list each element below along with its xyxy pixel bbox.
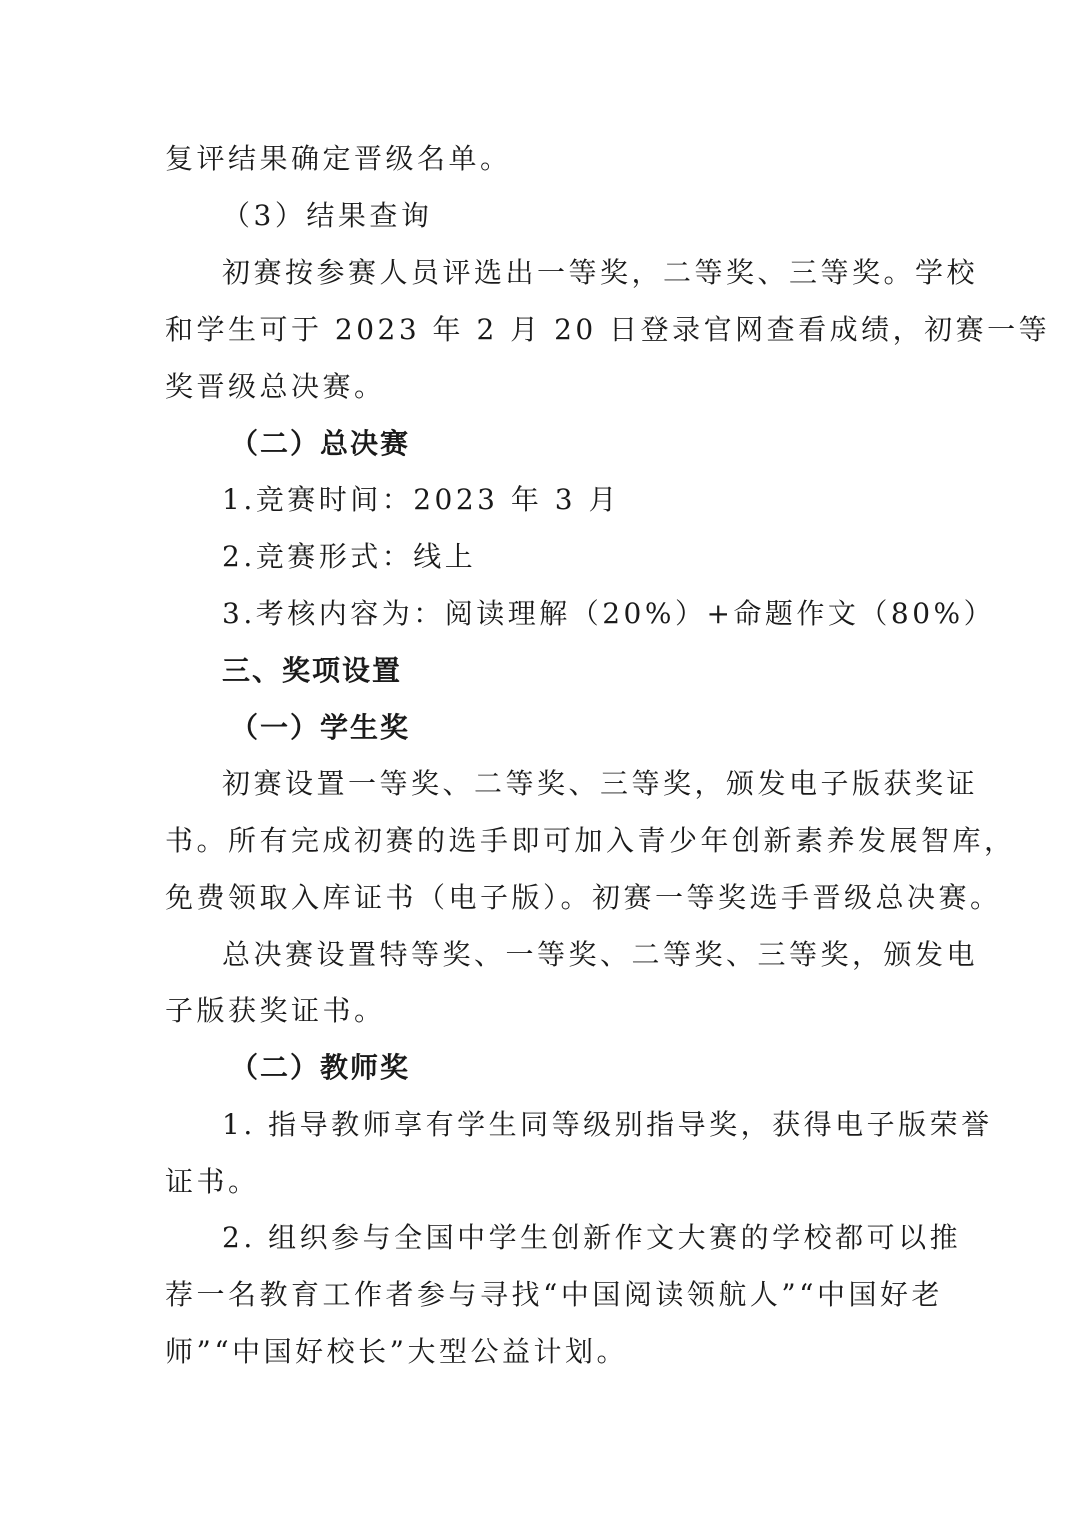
list-item-assessment-content: 3.考核内容为：阅读理解（20%）+命题作文（80%） [222,594,982,634]
section-heading-student-awards: （一）学生奖 [230,708,990,748]
paragraph-teacher-award-1: 1. 指导教师享有学生同等级别指导奖，获得电子版荣誉 [222,1105,982,1145]
paragraph-finals-award-settings: 总决赛设置特等奖、一等奖、二等奖、三等奖，颁发电 [222,935,982,975]
paragraph-continuation: 奖晋级总决赛。 [165,367,925,407]
paragraph-continuation: 复评结果确定晋级名单。 [165,139,925,179]
paragraph-continuation: 书。所有完成初赛的选手即可加入青少年创新素养发展智库， [165,821,925,861]
paragraph-prelim-award-settings: 初赛设置一等奖、二等奖、三等奖，颁发电子版获奖证 [222,764,982,804]
section-heading-finals: （二）总决赛 [230,424,990,464]
list-item-competition-format: 2.竞赛形式：线上 [222,537,982,577]
paragraph-continuation: 师”“中国好校长”大型公益计划。 [165,1332,925,1372]
section-heading-awards: 三、奖项设置 [222,651,982,691]
list-item-competition-time: 1.竞赛时间：2023 年 3 月 [222,480,982,520]
paragraph-continuation: 和学生可于 2023 年 2 月 20 日登录官网查看成绩，初赛一等 [165,310,925,350]
paragraph-continuation: 免费领取入库证书（电子版）。初赛一等奖选手晋级总决赛。 [165,878,925,918]
paragraph-teacher-award-2: 2. 组织参与全国中学生创新作文大赛的学校都可以推 [222,1218,982,1258]
section-heading-teacher-awards: （二）教师奖 [230,1048,990,1088]
paragraph-prelim-awards: 初赛按参赛人员评选出一等奖，二等奖、三等奖。学校 [222,253,982,293]
paragraph-continuation: 证书。 [165,1162,925,1202]
paragraph-continuation: 子版获奖证书。 [165,991,925,1031]
paragraph-continuation: 荐一名教育工作者参与寻找“中国阅读领航人”“中国好老 [165,1275,925,1315]
subheading-result-query: （3）结果查询 [222,196,982,236]
